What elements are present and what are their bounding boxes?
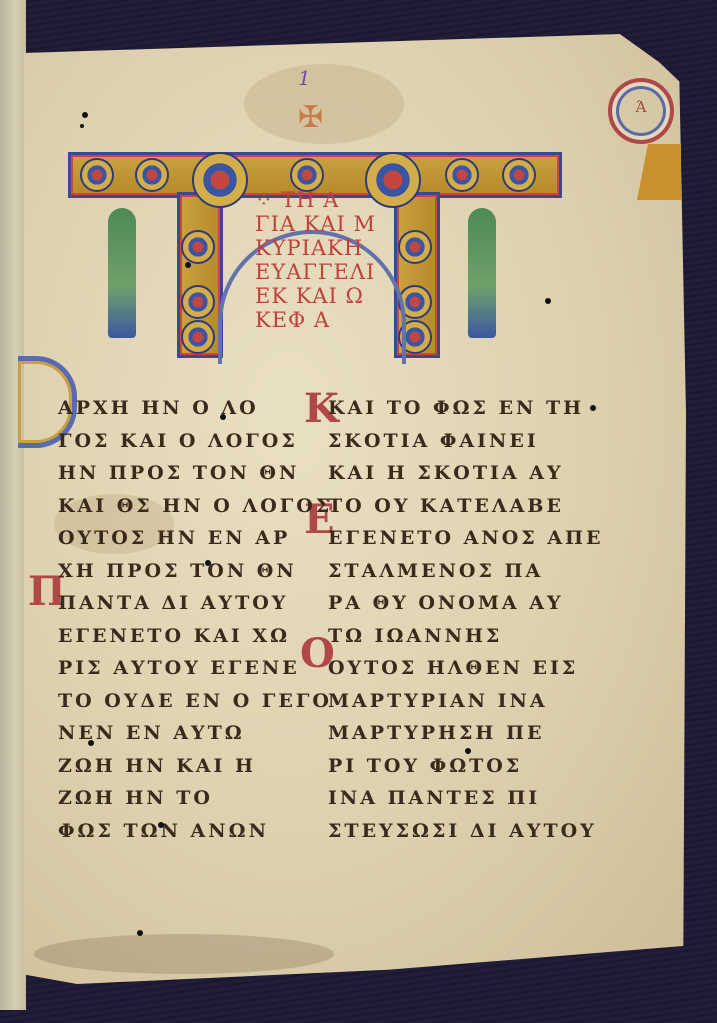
cross-icon: ✠ (298, 100, 323, 135)
stamp-letter: Ά (612, 98, 670, 116)
medallion-ornament (80, 158, 114, 192)
wormhole (185, 262, 191, 268)
text-line: ΑΡΧΗ ΗΝ Ο ΛΟ (58, 392, 332, 425)
medallion-ornament (502, 158, 536, 192)
text-line: ΕΓΕΝΕΤΟ ΚΑΙ ΧΩ (58, 620, 332, 653)
rubric-line: ⁘ ΤΗ Α (255, 188, 376, 212)
adjacent-leaf-edge (0, 0, 26, 1010)
rubric-line: ΕΥΑΓΓΕΛΙ (255, 260, 376, 284)
text-line: ΡΙ ΤΟΥ ΦΩΤΟΣ (328, 750, 603, 783)
medallion-ornament (181, 230, 215, 264)
medallion-ornament (181, 320, 215, 354)
text-column-right: ΚΑΙ ΤΟ ΦΩΣ ΕΝ ΤΗ ΣΚΟΤΙΑ ΦΑΙΝΕΙ ΚΑΙ Η ΣΚΟ… (328, 392, 603, 847)
edge-stain (34, 934, 334, 974)
wormhole (465, 748, 471, 754)
rubric-line: ΚΥΡΙΑΚΗ (255, 236, 376, 260)
text-line: ΖΩΗ ΗΝ ΤΟ (58, 782, 332, 815)
text-line: ΖΩΗ ΗΝ ΚΑΙ Η (58, 750, 332, 783)
medallion-ornament (181, 285, 215, 319)
wormhole (80, 124, 84, 128)
wormhole (158, 822, 164, 828)
text-line: ΚΑΙ ΘΣ ΗΝ Ο ΛΟΓΟΣ (58, 490, 332, 523)
folio-number: 1 (298, 66, 311, 90)
text-line: ΤΟ ΟΥΔΕ ΕΝ Ο ΓΕΓΟ (58, 685, 332, 718)
medallion-ornament (445, 158, 479, 192)
medallion-ornament (192, 152, 248, 208)
wormhole (205, 560, 211, 566)
text-line: ΠΑΝΤΑ ΔΙ ΑΥΤΟΥ (58, 587, 332, 620)
text-line: ΚΑΙ ΤΟ ΦΩΣ ΕΝ ΤΗ (328, 392, 603, 425)
text-column-left: ΑΡΧΗ ΗΝ Ο ΛΟ ΓΟΣ ΚΑΙ Ο ΛΟΓΟΣ ΗΝ ΠΡΟΣ ΤΟΝ… (58, 392, 332, 847)
wormhole (88, 740, 94, 746)
medallion-ornament (290, 158, 324, 192)
library-stamp: Ά (608, 78, 674, 144)
text-line: ΚΑΙ Η ΣΚΟΤΙΑ ΑΥ (328, 457, 603, 490)
text-line: ΜΑΡΤΥΡΙΑΝ ΙΝΑ (328, 685, 603, 718)
rubric-line: ΓΙΑ ΚΑΙ Μ (255, 212, 376, 236)
text-line: ΜΑΡΤΥΡΗΣΗ ΠΕ (328, 717, 603, 750)
medallion-ornament (135, 158, 169, 192)
wormhole (590, 405, 596, 411)
text-line: ΗΝ ΠΡΟΣ ΤΟΝ ΘΝ (58, 457, 332, 490)
text-line: ΟΥΤΟΣ ΗΛΘΕΝ ΕΙΣ (328, 652, 603, 685)
text-line: ΙΝΑ ΠΑΝΤΕΣ ΠΙ (328, 782, 603, 815)
text-line: ΣΤΑΛΜΕΝΟΣ ΠΑ (328, 555, 603, 588)
wormhole (82, 112, 88, 118)
decorative-tree-right (468, 208, 496, 338)
text-line: ΡΑ ΘΥ ΟΝΟΜΑ ΑΥ (328, 587, 603, 620)
text-line: ΧΗ ΠΡΟΣ ΤΟΝ ΘΝ (58, 555, 332, 588)
text-line: ΓΟΣ ΚΑΙ Ο ΛΟΓΟΣ (58, 425, 332, 458)
text-line: ΕΓΕΝΕΤΟ ΑΝΟΣ ΑΠΕ (328, 522, 603, 555)
rubric-line: ΕΚ ΚΑΙ Ω (255, 284, 376, 308)
medallion-ornament (398, 230, 432, 264)
rubric-line: ΚΕΦ Α (255, 308, 376, 332)
text-line: ΦΩΣ ΤΩΝ ΑΝΩΝ (58, 815, 332, 848)
decorative-tree-left (108, 208, 136, 338)
text-line: ΡΙΣ ΑΥΤΟΥ ΕΓΕΝΕ (58, 652, 332, 685)
wormhole (545, 298, 551, 304)
rubric-title: ⁘ ΤΗ Α ΓΙΑ ΚΑΙ Μ ΚΥΡΙΑΚΗ ΕΥΑΓΓΕΛΙ ΕΚ ΚΑΙ… (255, 188, 376, 332)
text-line: ΣΚΟΤΙΑ ΦΑΙΝΕΙ (328, 425, 603, 458)
text-line: ΣΤΕΥΣΩΣΙ ΔΙ ΑΥΤΟΥ (328, 815, 603, 848)
text-line: ΤΟ ΟΥ ΚΑΤΕΛΑΒΕ (328, 490, 603, 523)
text-line: ΝΕΝ ΕΝ ΑΥΤΩ (58, 717, 332, 750)
wormhole (220, 414, 226, 420)
text-line: ΟΥΤΟΣ ΗΝ ΕΝ ΑΡ (58, 522, 332, 555)
wormhole (137, 930, 143, 936)
text-line: ΤΩ ΙΩΑΝΝΗΣ (328, 620, 603, 653)
